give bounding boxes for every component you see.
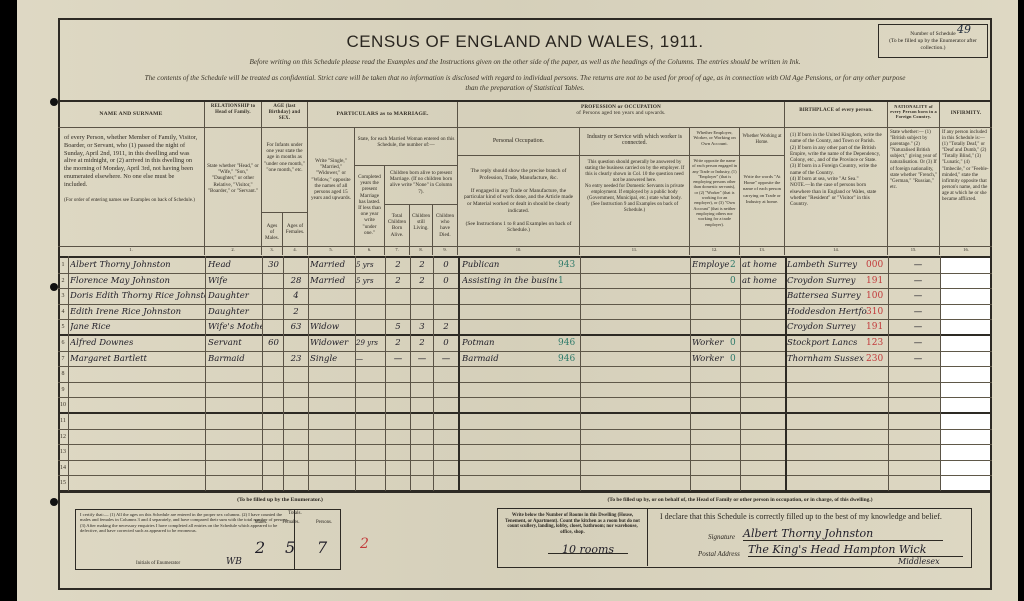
header-industry-text-3: (See Instruction 9 and Examples on back … <box>591 202 678 213</box>
header-employer-body: Write opposite the name of each person e… <box>690 156 740 247</box>
cell-died <box>434 414 458 429</box>
cell-total: 2 <box>386 274 410 289</box>
cell-name <box>70 430 205 445</box>
column-line <box>740 256 741 491</box>
cell-emp-code <box>730 320 740 335</box>
cell-rel <box>208 461 262 476</box>
header-children-died: Children who have Died. <box>433 205 458 247</box>
header-marriage-status: Write "Single," "Married," "Widower," or… <box>308 128 355 247</box>
header-age: AGE (last Birthday) and SEX. <box>262 102 308 128</box>
cell-occupation: Publican <box>462 258 557 273</box>
table-row: 11 <box>58 414 992 430</box>
cell-rel <box>208 414 262 429</box>
table-row: 14 <box>58 461 992 477</box>
cell-total <box>386 445 410 460</box>
cell-n: 8 <box>58 367 68 382</box>
cell-n: 2 <box>58 274 68 289</box>
cell-occupation <box>462 305 557 320</box>
cell-occupation <box>462 430 557 445</box>
cell-rel <box>208 367 262 382</box>
head-of-family-box: Write below the Number of Rooms in this … <box>497 508 972 568</box>
cell-years <box>356 320 385 335</box>
cell-n: 13 <box>58 445 68 460</box>
header-birthplace-text-2: (2) If born in any other part of the Bri… <box>790 145 880 164</box>
header-marriage-years: Completed years the present Marriage has… <box>355 166 385 247</box>
cell-age-f <box>284 414 308 429</box>
cell-total: 2 <box>386 336 410 351</box>
rooms-value: 10 rooms <box>548 547 628 554</box>
cell-living: 2 <box>411 274 433 289</box>
cell-status <box>310 476 355 491</box>
cell-name: Albert Thorny Johnston <box>70 258 205 273</box>
col-num-13: 13. <box>740 247 785 255</box>
cell-total <box>386 367 410 382</box>
cell-died <box>434 367 458 382</box>
column-line <box>433 256 434 491</box>
cell-living: 3 <box>411 320 433 335</box>
instruction-line-1: Before writing on this Schedule please r… <box>58 58 992 66</box>
header-occupation-text-3: (See Instructions 1 to 8 and Examples on… <box>466 221 572 234</box>
cell-age-m <box>264 461 283 476</box>
cell-industry <box>582 398 688 413</box>
cell-age-m <box>264 305 283 320</box>
cell-age-m <box>264 445 283 460</box>
cell-employer <box>692 476 730 491</box>
schedule-number-box: Number of Schedule 49 (To be filled up b… <box>878 24 988 58</box>
cell-industry <box>582 383 688 398</box>
cell-birthplace: Lambeth Surrey <box>787 258 867 273</box>
table-row: 8 <box>58 367 992 383</box>
cell-status <box>310 305 355 320</box>
col-num-9: 9. <box>433 247 458 255</box>
header-birthplace-note: NOTE.—In the case of persons born elsewh… <box>790 182 876 207</box>
punch-hole <box>50 283 58 291</box>
enumerator-initials-label: Initials of Enumerator <box>136 561 180 566</box>
cell-total: 5 <box>386 320 410 335</box>
cell-years <box>356 398 385 413</box>
cell-home <box>742 352 785 367</box>
cell-living: — <box>411 352 433 367</box>
cell-home <box>742 430 785 445</box>
cell-nationality <box>898 367 938 382</box>
column-line <box>308 256 309 491</box>
cell-age-m <box>264 289 283 304</box>
cell-bp-code <box>866 367 888 382</box>
cell-occupation <box>462 383 557 398</box>
cell-employer <box>692 414 730 429</box>
rooms-box: Write below the Number of Rooms in this … <box>498 509 648 566</box>
cell-bp-code: 000 <box>866 258 888 273</box>
cell-total <box>386 476 410 491</box>
cell-occupation <box>462 461 557 476</box>
cell-employer <box>692 398 730 413</box>
cell-died <box>434 476 458 491</box>
table-row: 7Margaret BartlettBarmaid23Single————Bar… <box>58 352 992 368</box>
cell-bp-code <box>866 476 888 491</box>
cell-employer <box>692 430 730 445</box>
cell-name <box>70 414 205 429</box>
cell-died <box>434 445 458 460</box>
totals-persons-label: Persons. <box>309 520 339 525</box>
cell-status <box>310 461 355 476</box>
cell-n: 12 <box>58 430 68 445</box>
cell-employer: Employer <box>692 258 730 273</box>
cell-nationality <box>898 445 938 460</box>
table-row: 15 <box>58 476 992 492</box>
header-industry-body: This question should generally be answer… <box>580 156 690 247</box>
schedule-number-label: Number of Schedule <box>910 31 956 37</box>
cell-birthplace <box>787 430 867 445</box>
cell-emp-code <box>730 414 740 429</box>
cell-emp-code: 0 <box>730 336 740 351</box>
header-name-note: (For order of entering names see Example… <box>64 198 195 203</box>
cell-years <box>356 289 385 304</box>
cell-nationality <box>898 430 938 445</box>
cell-age-f: 28 <box>284 274 308 289</box>
cell-rel <box>208 445 262 460</box>
cell-home <box>742 414 785 429</box>
cell-home <box>742 367 785 382</box>
person-table: 1Albert Thorny JohnstonHead30Married5 yr… <box>58 256 992 493</box>
cell-age-m <box>264 414 283 429</box>
cell-status <box>310 398 355 413</box>
cell-n: 6 <box>58 336 68 351</box>
column-line <box>888 256 889 491</box>
header-industry: Industry or Service with which worker is… <box>580 128 690 156</box>
cell-industry <box>582 352 688 367</box>
cell-rel: Wife's Mother <box>208 320 262 335</box>
cell-died: 0 <box>434 336 458 351</box>
col-num-12: 12. <box>690 247 740 255</box>
cell-n: 11 <box>58 414 68 429</box>
col-num-4: 4. <box>283 247 308 255</box>
header-infirmity-body: If any person included in this Schedule … <box>940 128 992 247</box>
cell-rel: Daughter <box>208 305 262 320</box>
cell-bp-code <box>866 414 888 429</box>
col-num-11: 11. <box>580 247 690 255</box>
cell-living <box>411 398 433 413</box>
cell-total <box>386 305 410 320</box>
cell-emp-code: 0 <box>730 274 740 289</box>
cell-age-m <box>264 383 283 398</box>
cell-status <box>310 445 355 460</box>
cell-occupation <box>462 367 557 382</box>
cell-years: 29 yrs <box>356 336 385 351</box>
header-nationality-body: State whether:— (1) "British subject by … <box>888 128 940 247</box>
header-occupation: Personal Occupation. <box>458 128 580 156</box>
cell-home <box>742 445 785 460</box>
cell-name <box>70 476 205 491</box>
header-infirmity: INFIRMITY. <box>940 102 992 128</box>
cell-occupation <box>462 320 557 335</box>
cell-living <box>411 476 433 491</box>
cell-died <box>434 305 458 320</box>
cell-age-f <box>284 383 308 398</box>
header-name: NAME AND SURNAME <box>58 102 205 128</box>
cell-industry <box>582 367 688 382</box>
column-line <box>355 256 356 491</box>
cell-bp-code: 230 <box>866 352 888 367</box>
cell-age-f <box>284 336 308 351</box>
cell-name <box>70 445 205 460</box>
totals-persons-value: 7 <box>317 538 327 557</box>
cell-name <box>70 461 205 476</box>
cell-rel <box>208 430 262 445</box>
column-line <box>458 256 460 491</box>
cell-bp-code: 310 <box>866 305 888 320</box>
cell-occupation <box>462 289 557 304</box>
cell-died <box>434 289 458 304</box>
cell-rel: Head <box>208 258 262 273</box>
column-line <box>580 256 581 491</box>
cell-emp-code <box>730 445 740 460</box>
header-employer: Whether Employer, Worker, or Working on … <box>690 128 740 156</box>
cell-total <box>386 461 410 476</box>
header-age-females: Ages of Females. <box>283 213 308 247</box>
cell-occupation: Assisting in the business <box>462 274 557 289</box>
cell-total <box>386 398 410 413</box>
cell-age-m: 60 <box>264 336 283 351</box>
cell-living <box>411 414 433 429</box>
head-of-family-heading: (To be filled up by, or on behalf of, th… <box>495 497 985 503</box>
cell-rel <box>208 383 262 398</box>
cell-living: 2 <box>411 336 433 351</box>
cell-employer <box>692 383 730 398</box>
cell-age-f: 23 <box>284 352 308 367</box>
cell-years: 5 yrs <box>356 258 385 273</box>
punch-hole <box>50 498 58 506</box>
cell-home <box>742 476 785 491</box>
table-row: 12 <box>58 430 992 446</box>
cell-age-f: 4 <box>284 289 308 304</box>
cell-age-f <box>284 430 308 445</box>
col-num-10: 10. <box>458 247 580 255</box>
cell-total: — <box>386 352 410 367</box>
cell-employer <box>692 461 730 476</box>
cell-age-f <box>284 367 308 382</box>
cell-occupation <box>462 398 557 413</box>
cell-age-f <box>284 476 308 491</box>
col-num-2: 2. <box>205 247 262 255</box>
cell-status: Widower <box>310 336 355 351</box>
cell-home: at home <box>742 274 785 289</box>
cell-status <box>310 383 355 398</box>
cell-birthplace: Thornham Sussex <box>787 352 867 367</box>
cell-nationality <box>898 398 938 413</box>
cell-n: 4 <box>58 305 68 320</box>
cell-years <box>356 476 385 491</box>
cell-employer <box>692 274 730 289</box>
header-age-body: For Infants under one year state the age… <box>262 128 308 213</box>
cell-n: 15 <box>58 476 68 491</box>
cell-nationality <box>898 383 938 398</box>
cell-total <box>386 383 410 398</box>
header-at-home-body: Write the words "At Home" opposite the n… <box>740 156 785 247</box>
cell-industry <box>582 476 688 491</box>
header-profession-subtitle: of Persons aged ten years and upwards. <box>576 110 665 116</box>
col-num-1: 1. <box>58 247 205 255</box>
instruction-line-2: The contents of the Schedule will be tre… <box>58 74 992 82</box>
address-line-2: Middlesex <box>898 557 940 566</box>
col-num-16: 16. <box>940 247 992 255</box>
cell-years <box>356 367 385 382</box>
cell-home <box>742 383 785 398</box>
cell-years <box>356 383 385 398</box>
cell-n: 3 <box>58 289 68 304</box>
instruction-line-3: than the preparation of Statistical Tabl… <box>58 84 992 92</box>
header-industry-text-2: No entry needed for Domestic Servants in… <box>585 184 684 201</box>
cell-occupation: Barmaid <box>462 352 557 367</box>
cell-emp-code <box>730 305 740 320</box>
cell-age-f <box>284 445 308 460</box>
column-line <box>940 256 941 491</box>
header-occupation-text-2: If engaged in any Trade or Manufacture, … <box>464 188 573 214</box>
cell-age-m <box>264 430 283 445</box>
header-relationship: RELATIONSHIP to Head of Family. <box>205 102 262 128</box>
declaration-text: I declare that this Schedule is correctl… <box>660 512 942 521</box>
cell-age-m <box>264 398 283 413</box>
cell-name: Alfred Downes <box>70 336 205 351</box>
table-row: 2Florence May JohnstonWife28Married5 yrs… <box>58 274 992 290</box>
cell-occupation: Potman <box>462 336 557 351</box>
cell-emp-code <box>730 476 740 491</box>
cell-birthplace: Croydon Surrey <box>787 320 867 335</box>
cell-emp-code <box>730 289 740 304</box>
header-relationship-body: State whether "Head," or "Wife," "Son," … <box>205 128 262 247</box>
cell-status: Widow <box>310 320 355 335</box>
column-line <box>385 256 386 491</box>
totals-females-value: 5 <box>285 538 295 557</box>
column-line <box>785 256 787 491</box>
cell-years <box>356 461 385 476</box>
cell-birthplace <box>787 445 867 460</box>
header-children-living: Children still Living. <box>410 205 433 247</box>
cell-employer <box>692 445 730 460</box>
cell-living <box>411 289 433 304</box>
cell-age-m <box>264 352 283 367</box>
cell-industry <box>582 320 688 335</box>
cell-rel: Wife <box>208 274 262 289</box>
header-nationality: NATIONALITY of every Person born in a Fo… <box>888 102 940 128</box>
cell-bp-code <box>866 461 888 476</box>
col-num-6: 6. <box>355 247 385 255</box>
cell-employer <box>692 367 730 382</box>
column-line <box>690 256 691 491</box>
cell-age-f <box>284 258 308 273</box>
cell-bp-code <box>866 383 888 398</box>
cell-nationality <box>898 476 938 491</box>
cell-emp-code <box>730 367 740 382</box>
cell-years <box>356 430 385 445</box>
col-num-8: 8. <box>410 247 433 255</box>
header-birthplace-body: (1) If born in the United Kingdom, write… <box>785 128 888 247</box>
cell-birthplace: Hoddesdon Hertfordshire <box>787 305 867 320</box>
cell-industry <box>582 289 688 304</box>
header-children: Children born alive to present Marriage.… <box>385 166 458 205</box>
cell-emp-code <box>730 430 740 445</box>
cell-name <box>70 367 205 382</box>
totals-label: Totals. <box>251 511 339 516</box>
address-label: Postal Address <box>698 550 740 558</box>
cell-nationality: — <box>898 289 938 304</box>
schedule-number-note: (To be filled up by the Enumerator after… <box>889 38 977 51</box>
cell-bp-code <box>866 398 888 413</box>
cell-home <box>742 398 785 413</box>
header-at-home: Whether Working at Home. <box>740 128 785 156</box>
col-num-3: 3. <box>262 247 283 255</box>
cell-home <box>742 461 785 476</box>
cell-name: Jane Rice <box>70 320 205 335</box>
signature-value: Albert Thorny Johnston <box>743 527 943 541</box>
form-header: CENSUS OF ENGLAND AND WALES, 1911. Befor… <box>58 18 992 100</box>
cell-birthplace <box>787 476 867 491</box>
cell-n: 1 <box>58 258 68 273</box>
enumerator-initials: WB <box>226 557 242 567</box>
cell-n: 14 <box>58 461 68 476</box>
header-married-woman: State, for each Married Woman entered on… <box>355 128 458 166</box>
cell-age-f <box>284 461 308 476</box>
cell-status: Married <box>310 258 355 273</box>
cell-occupation <box>462 414 557 429</box>
header-birthplace-text-1: (1) If born in the United Kingdom, write… <box>790 132 882 144</box>
cell-years: 5 yrs <box>356 274 385 289</box>
cell-bp-code <box>866 445 888 460</box>
cell-emp-code <box>730 398 740 413</box>
cell-industry <box>582 336 688 351</box>
cell-industry <box>582 274 688 289</box>
cell-nationality: — <box>898 352 938 367</box>
cell-birthplace <box>787 398 867 413</box>
cell-occupation <box>462 476 557 491</box>
cell-age-f: 2 <box>284 305 308 320</box>
signature-label: Signature <box>708 533 735 541</box>
totals-males-value: 2 <box>255 538 265 557</box>
cell-home <box>742 336 785 351</box>
cell-birthplace: Croydon Surrey <box>787 274 867 289</box>
cell-total <box>386 289 410 304</box>
cell-status <box>310 367 355 382</box>
cell-employer: Worker <box>692 352 730 367</box>
cell-birthplace: Stockport Lancs <box>787 336 867 351</box>
table-row: 5Jane RiceWife's Mother63Widow532Croydon… <box>58 320 992 336</box>
header-birthplace-text-3: (3) If born in a Foreign Country, write … <box>790 163 877 175</box>
cell-name: Doris Edith Thorny Rice Johnston <box>70 289 205 304</box>
schedule-number-value: 49 <box>957 26 971 33</box>
page-title: CENSUS OF ENGLAND AND WALES, 1911. <box>58 32 992 52</box>
footer-divider <box>58 491 992 493</box>
rooms-instruction: Write below the Number of Rooms in this … <box>505 513 640 535</box>
cell-rel <box>208 398 262 413</box>
cell-birthplace <box>787 461 867 476</box>
cell-died <box>434 430 458 445</box>
cell-bp-code: 123 <box>866 336 888 351</box>
column-line <box>410 256 411 491</box>
header-marriage: PARTICULARS as to MARRIAGE. <box>308 102 458 128</box>
cell-age-m <box>264 476 283 491</box>
totals-males-label: Males. <box>251 520 271 525</box>
cell-died <box>434 383 458 398</box>
cell-industry <box>582 461 688 476</box>
cell-living <box>411 430 433 445</box>
header-age-males: Ages of Males. <box>262 213 283 247</box>
cell-bp-code: 191 <box>866 274 888 289</box>
column-headers: NAME AND SURNAME of every Person, whethe… <box>58 100 992 257</box>
cell-total <box>386 414 410 429</box>
cell-died: 2 <box>434 320 458 335</box>
col-num-15: 15. <box>888 247 940 255</box>
cell-age-m: 30 <box>264 258 283 273</box>
cell-bp-code: 191 <box>866 320 888 335</box>
